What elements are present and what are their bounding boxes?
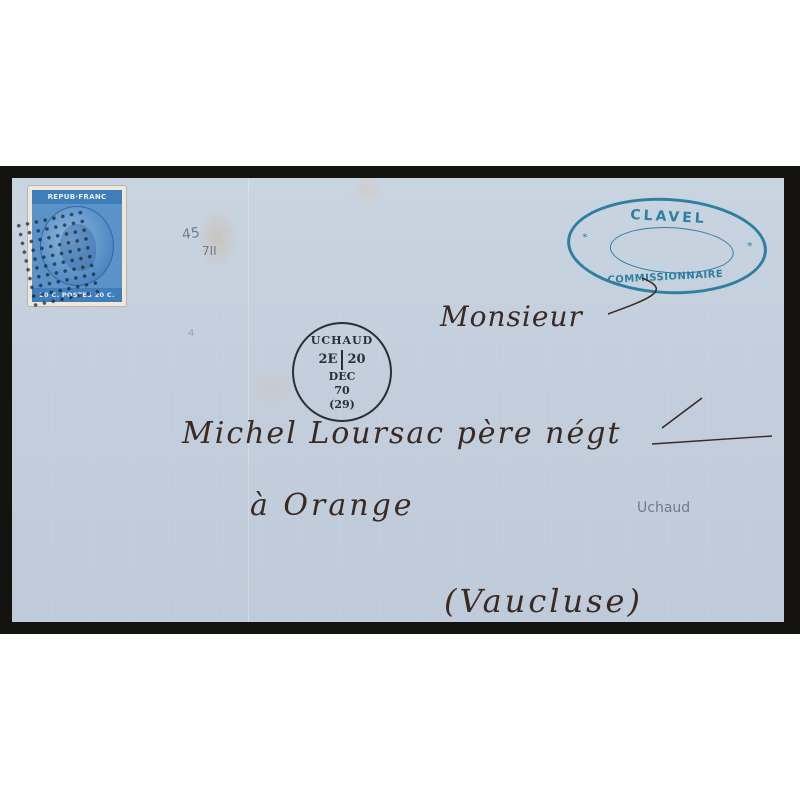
envelope-cover: REPUB·FRANC 20 C. POSTES 20 C. 45 7II 4 … xyxy=(12,178,784,622)
handwriting-flourishes xyxy=(12,178,784,622)
